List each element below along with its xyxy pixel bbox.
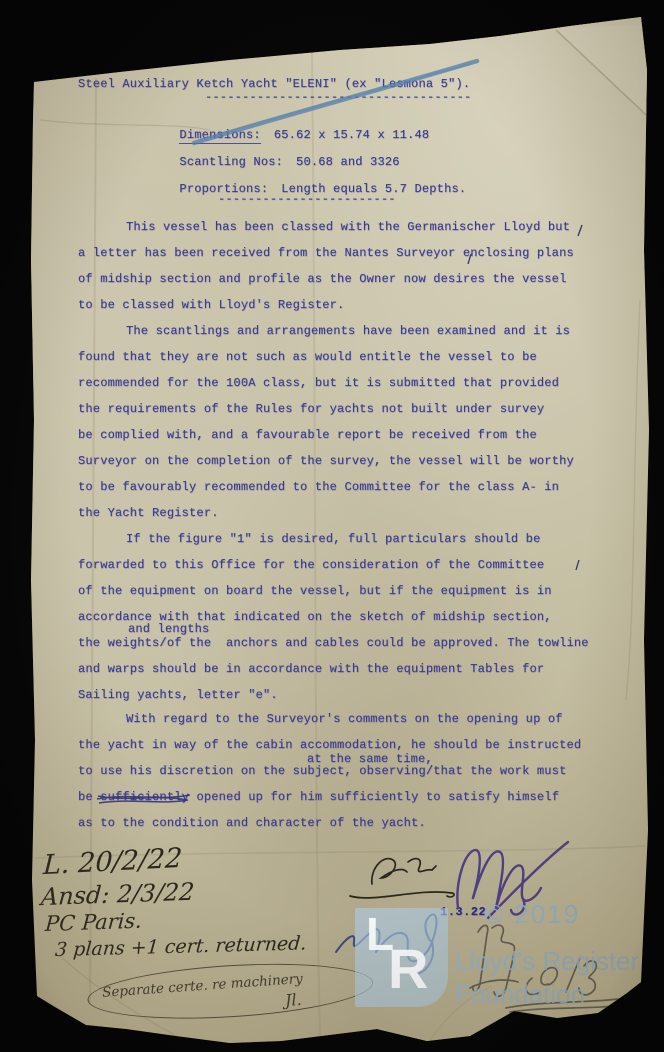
logo-letter-r: R xyxy=(388,941,428,997)
blue-crayon-strike-edge xyxy=(200,64,470,140)
signature-black-initials xyxy=(350,859,454,898)
pen-tick xyxy=(468,254,471,264)
ink-strikethrough xyxy=(97,795,190,803)
paper-sheet: Steel Auxiliary Ketch Yacht "ELENI" (ex … xyxy=(0,0,664,1052)
watermark-name-line1: Lloyd's Register xyxy=(455,946,639,977)
ink-marks xyxy=(0,0,664,1052)
scanned-document-view: Steel Auxiliary Ketch Yacht "ELENI" (ex … xyxy=(0,0,664,1052)
pen-tick xyxy=(576,560,579,570)
pen-tick xyxy=(578,225,582,236)
lr-logo-watermark: L R xyxy=(355,908,448,1007)
copyright-watermark: © 2019 xyxy=(484,899,580,930)
archive-reference-vertical: W315-0286(2/2) xyxy=(12,636,30,815)
watermark-name-line2: Foundation xyxy=(455,979,585,1010)
